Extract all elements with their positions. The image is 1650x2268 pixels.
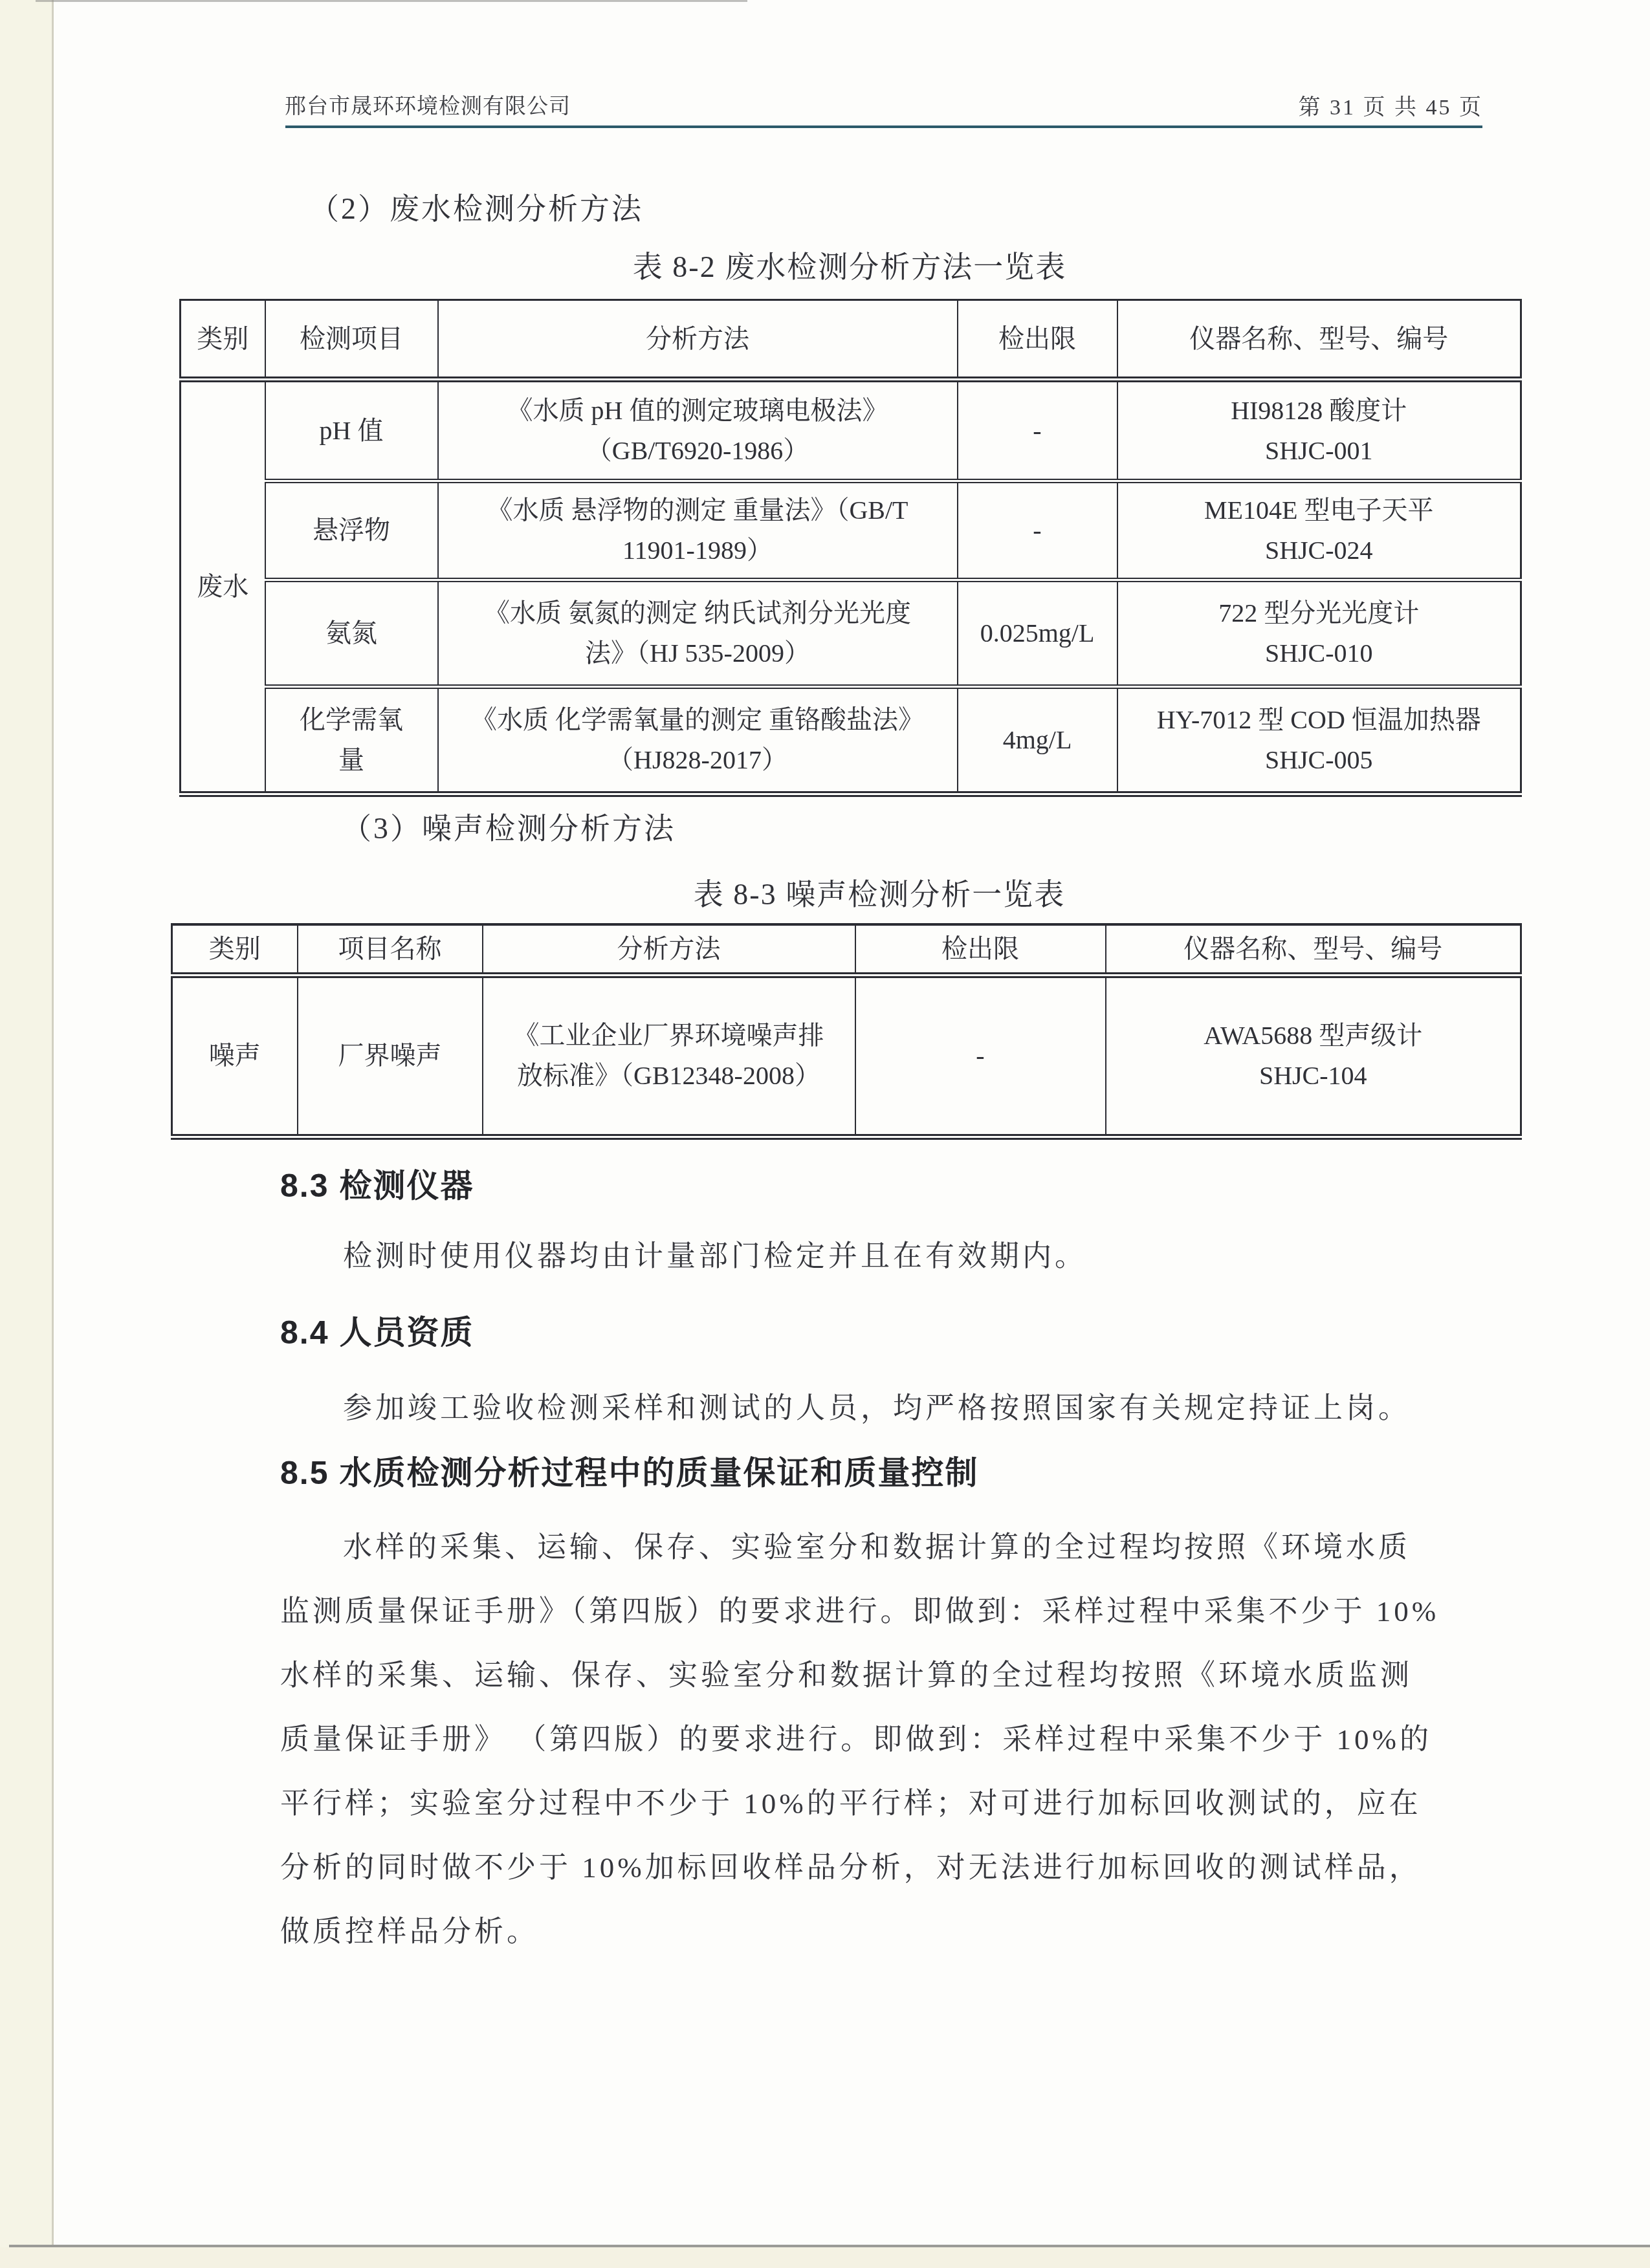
section-heading-noise-methods: （3）噪声检测分析方法 — [342, 805, 676, 847]
method-cell: 《水质 氨氮的测定 纳氏试剂分光光度 法》（HJ 535-2009） — [438, 580, 958, 687]
column-header-category: 类别 — [181, 300, 265, 380]
table-row: 废水 pH 值 《水质 pH 值的测定玻璃电极法》 （GB/T6920-1986… — [181, 380, 1521, 481]
column-header-instrument: 仪器名称、型号、编号 — [1117, 300, 1521, 380]
instrument-cell: AWA5688 型声级计 SHJC-104 — [1106, 975, 1521, 1137]
column-header-category: 类别 — [172, 924, 298, 975]
company-name: 邢台市晟环环境检测有限公司 — [285, 89, 571, 120]
table-row: 化学需氧 量 《水质 化学需氧量的测定 重铬酸盐法》 （HJ828-2017） … — [181, 687, 1521, 794]
scan-bottom-edge-band — [0, 2247, 1650, 2268]
column-header-instrument: 仪器名称、型号、编号 — [1106, 924, 1521, 975]
table-header-row: 类别 项目名称 分析方法 检出限 仪器名称、型号、编号 — [172, 924, 1521, 975]
scan-left-edge-band — [0, 0, 52, 2268]
method-cell: 《水质 悬浮物的测定 重量法》（GB/T 11901-1989） — [438, 481, 958, 580]
paragraph-8-3: 检测时使用仪器均由计量部门检定并且在有效期内。 — [280, 1232, 1561, 1274]
paragraph-8-5-line: 监测质量保证手册》（第四版）的要求进行。即做到：采样过程中采集不少于 10% — [280, 1587, 1561, 1630]
limit-cell: - — [958, 481, 1117, 580]
table-row: 悬浮物 《水质 悬浮物的测定 重量法》（GB/T 11901-1989） - M… — [181, 481, 1521, 580]
table-wastewater-methods: 类别 检测项目 分析方法 检出限 仪器名称、型号、编号 废水 pH 值 《水质 … — [179, 299, 1522, 797]
item-cell: 厂界噪声 — [298, 975, 483, 1137]
scan-top-edge-line — [36, 0, 747, 2]
table-caption-noise: 表 8-3 噪声检测分析一览表 — [171, 871, 1588, 913]
table-row: 氨氮 《水质 氨氮的测定 纳氏试剂分光光度 法》（HJ 535-2009） 0.… — [181, 580, 1521, 687]
scanned-document-page: 邢台市晟环环境检测有限公司 第 31 页 共 45 页 （2）废水检测分析方法 … — [0, 0, 1650, 2268]
paragraph-8-5-line: 分析的同时做不少于 10%加标回收样品分析，对无法进行加标回收的测试样品， — [280, 1844, 1561, 1886]
method-cell: 《水质 化学需氧量的测定 重铬酸盐法》 （HJ828-2017） — [438, 687, 958, 794]
paragraph-8-5-line: 水样的采集、运输、保存、实验室分和数据计算的全过程均按照《环境水质 — [280, 1523, 1561, 1565]
instrument-cell: HY-7012 型 COD 恒温加热器 SHJC-005 — [1117, 687, 1521, 794]
method-cell: 《水质 pH 值的测定玻璃电极法》 （GB/T6920-1986） — [438, 380, 958, 481]
table-noise-methods: 类别 项目名称 分析方法 检出限 仪器名称、型号、编号 噪声 厂界噪声 《工业企… — [171, 923, 1522, 1140]
section-heading-8-4: 8.4 人员资质 — [280, 1307, 474, 1353]
column-header-method: 分析方法 — [438, 300, 958, 380]
item-cell: pH 值 — [265, 380, 438, 481]
section-heading-wastewater-methods: （2）废水检测分析方法 — [309, 185, 643, 228]
section-heading-8-5: 8.5 水质检测分析过程中的质量保证和质量控制 — [280, 1447, 978, 1494]
paragraph-8-5-line: 平行样；实验室分过程中不少于 10%的平行样；对可进行加标回收测试的，应在 — [280, 1780, 1561, 1822]
table-caption-wastewater: 表 8-2 废水检测分析方法一览表 — [179, 243, 1520, 286]
paragraph-8-5-line: 质量保证手册》 （第四版）的要求进行。即做到：采样过程中采集不少于 10%的 — [280, 1716, 1561, 1758]
table-header-row: 类别 检测项目 分析方法 检出限 仪器名称、型号、编号 — [181, 300, 1521, 380]
scan-left-edge-line — [52, 0, 54, 2268]
header-rule — [285, 125, 1482, 128]
page-number: 第 31 页 共 45 页 — [1299, 89, 1484, 121]
instrument-cell: 722 型分光光度计 SHJC-010 — [1117, 580, 1521, 687]
limit-cell: - — [855, 975, 1106, 1137]
item-cell: 悬浮物 — [265, 481, 438, 580]
column-header-limit: 检出限 — [855, 924, 1106, 975]
method-cell: 《工业企业厂界环境噪声排 放标准》（GB12348-2008） — [483, 975, 855, 1137]
instrument-cell: HI98128 酸度计 SHJC-001 — [1117, 380, 1521, 481]
column-header-item: 项目名称 — [298, 924, 483, 975]
limit-cell: - — [958, 380, 1117, 481]
category-cell-wastewater: 废水 — [181, 380, 265, 794]
item-cell: 化学需氧 量 — [265, 687, 438, 794]
column-header-limit: 检出限 — [958, 300, 1117, 380]
item-cell: 氨氮 — [265, 580, 438, 687]
category-cell-noise: 噪声 — [172, 975, 298, 1137]
paragraph-8-4: 参加竣工验收检测采样和测试的人员，均严格按照国家有关规定持证上岗。 — [280, 1384, 1561, 1426]
paragraph-8-5-line: 水样的采集、运输、保存、实验室分和数据计算的全过程均按照《环境水质监测 — [280, 1652, 1561, 1694]
paragraph-8-5-line: 做质控样品分析。 — [280, 1908, 1561, 1950]
limit-cell: 4mg/L — [958, 687, 1117, 794]
table-row: 噪声 厂界噪声 《工业企业厂界环境噪声排 放标准》（GB12348-2008） … — [172, 975, 1521, 1137]
section-heading-8-3: 8.3 检测仪器 — [280, 1160, 474, 1206]
column-header-item: 检测项目 — [265, 300, 438, 380]
limit-cell: 0.025mg/L — [958, 580, 1117, 687]
column-header-method: 分析方法 — [483, 924, 855, 975]
instrument-cell: ME104E 型电子天平 SHJC-024 — [1117, 481, 1521, 580]
